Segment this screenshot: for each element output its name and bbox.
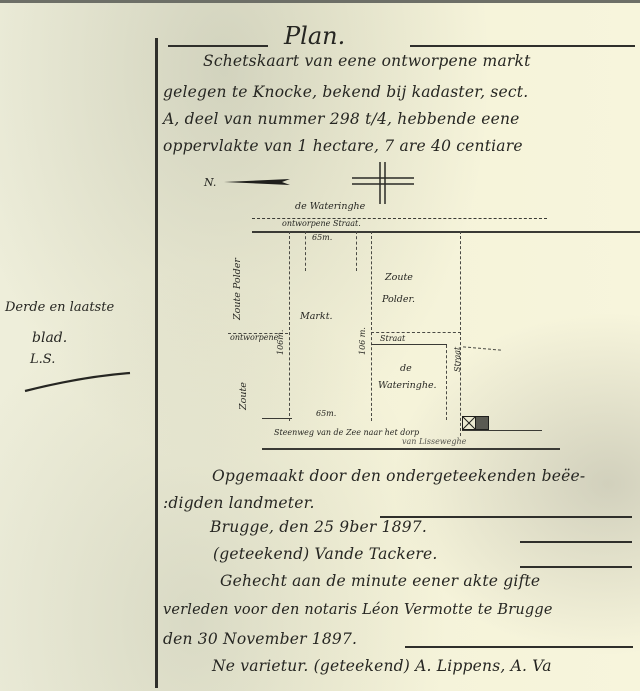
map-label-bottom-road: Steenweg van de Zee naar het dorp	[274, 428, 419, 437]
market-left-boundary	[289, 231, 290, 421]
fill-rule-3	[520, 566, 632, 568]
map-label-bottom-road-2: van Lisseweghe	[402, 437, 466, 446]
map-label-wateringhe: Wateringhe.	[378, 380, 437, 391]
header-line-4: oppervlakte van 1 hectare, 7 are 40 cent…	[163, 137, 523, 155]
body-line-8: Ne varietur. (geteekend) A. Lippens, A. …	[212, 657, 552, 675]
map-label-polder-right: Polder.	[382, 294, 415, 305]
center-street-line-top	[371, 332, 461, 333]
map-label-top-street: ontworpene Straat.	[282, 219, 361, 228]
legend-box-icon	[462, 416, 490, 430]
map-label-left-dimension: 106m.	[276, 330, 285, 355]
map-label-zoute-polder-left: Zoute Polder	[232, 258, 243, 320]
header-line-3: A, deel van nummer 298 t/4, hebbende een…	[163, 110, 520, 128]
map-label-de: de	[400, 363, 412, 374]
map-label-left-street: ontworpene	[230, 333, 278, 342]
body-line-6: verleden voor den notaris Léon Vermotte …	[163, 602, 553, 618]
map-label-top-dimension: 65m.	[312, 233, 332, 242]
body-line-1: Opgemaakt door den ondergeteekenden beëe…	[212, 467, 585, 485]
map-label-markt: Markt.	[300, 311, 333, 322]
compass-cross-icon	[352, 162, 414, 204]
map-label-zoute-right: Zoute	[385, 272, 413, 283]
header-line-1: Schetskaart van eene ontworpene markt	[203, 52, 531, 70]
market-right-boundary	[371, 231, 372, 421]
fill-rule-2	[520, 541, 632, 543]
top-street-line	[252, 231, 640, 233]
body-line-3: Brugge, den 25 9ber 1897.	[210, 518, 427, 536]
map-label-zoute-left: Zoute	[238, 382, 249, 410]
signature-flourish	[20, 365, 135, 395]
margin-note-line-2: blad.	[32, 330, 67, 346]
body-line-2: :digden landmeter.	[163, 494, 315, 512]
margin-rule	[155, 38, 158, 688]
boundary-tick	[305, 231, 306, 271]
header-line-2: gelegen te Knocke, bekend bij kadaster, …	[163, 83, 528, 101]
body-line-4: (geteekend) Vande Tackere.	[213, 545, 438, 563]
wateringhe-right-boundary	[446, 345, 447, 420]
title-rule-left	[168, 45, 268, 47]
bottom-left-line	[262, 418, 292, 419]
body-line-5: Gehecht aan de minute eener akte gifte	[220, 572, 540, 590]
map-label-center-dimension: 106 m.	[358, 327, 367, 355]
body-line-7: den 30 November 1897.	[163, 630, 357, 648]
map-label-center-street: Straat	[380, 334, 405, 343]
title-rule-right	[410, 45, 635, 47]
boundary-tick	[356, 231, 357, 271]
fill-rule-4	[405, 646, 633, 648]
map-label-wateringhe-top: de Wateringhe	[295, 201, 365, 212]
map-label-bottom-dimension: 65m.	[316, 409, 336, 418]
scan-top-edge	[0, 0, 640, 3]
bottom-right-line	[462, 430, 542, 431]
map-bottom-border	[262, 448, 560, 450]
north-label: N.	[204, 176, 216, 189]
map-label-right-street: Straat	[453, 347, 462, 372]
center-street-line-bottom	[371, 344, 447, 345]
right-street-boundary	[460, 231, 461, 436]
page-title: Plan.	[284, 22, 345, 50]
north-arrow-icon	[222, 176, 294, 188]
margin-note-line-1: Derde en laatste	[5, 300, 114, 315]
